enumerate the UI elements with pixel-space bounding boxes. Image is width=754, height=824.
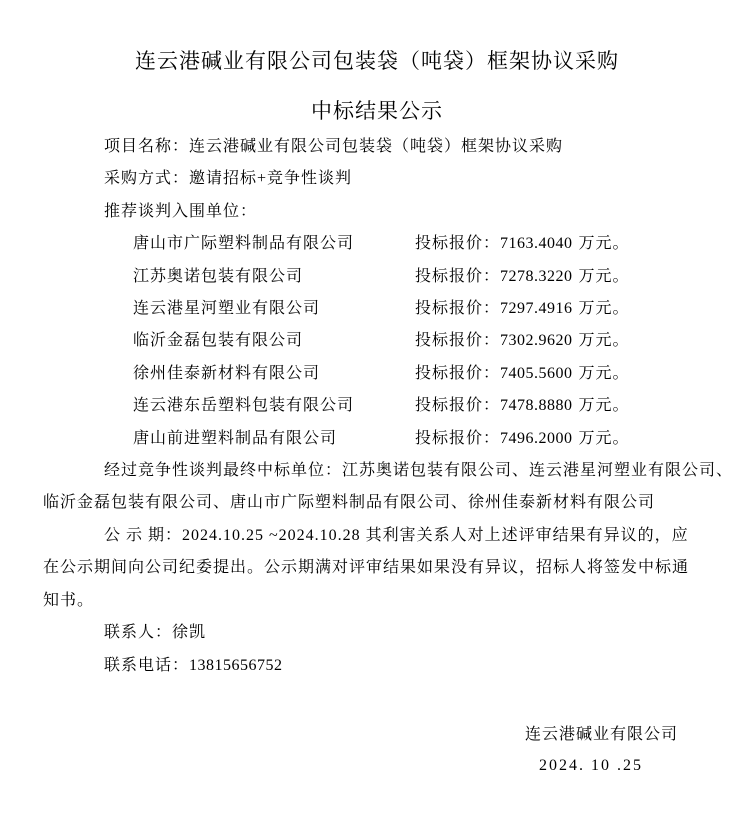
bid-price-label: 投标报价： [415,268,500,285]
bid-price-value: 7478.8880 [500,397,573,414]
bid-price-value: 7496.2000 [500,430,573,447]
bid-price-value: 7405.5600 [500,365,573,382]
bid-price-label: 投标报价： [415,235,500,252]
bidder-row: 徐州佳泰新材料有限公司 投标报价：7405.5600万元。 [43,358,692,390]
winners-paragraph: 经过竞争性谈判最终中标单位：江苏奥诺包装有限公司、连云港星河塑业有限公司、 临沂… [43,455,692,520]
bid-price-label: 投标报价： [415,332,500,349]
bidder-row: 临沂金磊包装有限公司 投标报价：7302.9620万元。 [43,325,692,357]
project-name-label: 项目名称： [104,138,189,155]
signature-date: 2024. 10 .25 [539,757,643,775]
title-line-2: 中标结果公示 [0,86,754,136]
bidder-company: 唐山市广际塑料制品有限公司 [133,235,354,252]
bid-price-value: 7278.3220 [500,268,573,285]
announcement-document: 连云港碱业有限公司包装袋（吨袋）框架协议采购 中标结果公示 项目名称：连云港碱业… [0,0,754,824]
bidder-company: 连云港星河塑业有限公司 [133,300,320,317]
winners-line: 经过竞争性谈判最终中标单位：江苏奥诺包装有限公司、连云港星河塑业有限公司、 [43,455,692,487]
bid-price: 投标报价：7163.4040万元。 [415,228,630,260]
shortlist-heading: 推荐谈判入围单位： [43,196,692,228]
bid-price-unit: 万元。 [579,268,630,285]
contact-phone-value: 13815656752 [189,657,283,674]
bid-price-value: 7163.4040 [500,235,573,252]
contact-name-label: 联系人： [104,624,172,641]
bid-price-label: 投标报价： [415,300,500,317]
bid-price: 投标报价：7405.5600万元。 [415,358,630,390]
bid-price-unit: 万元。 [579,332,630,349]
bid-price: 投标报价：7302.9620万元。 [415,325,630,357]
bidder-row: 连云港星河塑业有限公司 投标报价：7297.4916万元。 [43,293,692,325]
document-body: 项目名称：连云港碱业有限公司包装袋（吨袋）框架协议采购 采购方式：邀请招标+竞争… [43,131,692,682]
bid-price: 投标报价：7496.2000万元。 [415,423,630,455]
bid-price-label: 投标报价： [415,430,500,447]
notice-line: 知书。 [43,585,692,617]
bidder-row: 连云港东岳塑料包装有限公司 投标报价：7478.8880万元。 [43,390,692,422]
bidder-company: 唐山前进塑料制品有限公司 [133,430,337,447]
procurement-method-row: 采购方式：邀请招标+竞争性谈判 [43,163,692,195]
procurement-method-label: 采购方式： [104,170,189,187]
bidder-row: 江苏奥诺包装有限公司 投标报价：7278.3220万元。 [43,261,692,293]
bidder-company: 江苏奥诺包装有限公司 [133,268,303,285]
bid-price-value: 7297.4916 [500,300,573,317]
bidder-row: 唐山前进塑料制品有限公司 投标报价：7496.2000万元。 [43,423,692,455]
bid-price-label: 投标报价： [415,365,500,382]
bidder-row: 唐山市广际塑料制品有限公司 投标报价：7163.4040万元。 [43,228,692,260]
bidder-company: 徐州佳泰新材料有限公司 [133,365,320,382]
bidder-company: 临沂金磊包装有限公司 [133,332,303,349]
bid-price-unit: 万元。 [579,397,630,414]
notice-paragraph: 公 示 期：2024.10.25 ~2024.10.28 其利害关系人对上述评审… [43,520,692,617]
contact-name-row: 联系人：徐凯 [43,617,692,649]
notice-line: 公 示 期：2024.10.25 ~2024.10.28 其利害关系人对上述评审… [43,520,692,552]
bidder-company: 连云港东岳塑料包装有限公司 [133,397,354,414]
title-line-1: 连云港碱业有限公司包装袋（吨袋）框架协议采购 [0,36,754,86]
bid-price: 投标报价：7297.4916万元。 [415,293,630,325]
bid-price: 投标报价：7478.8880万元。 [415,390,630,422]
project-name-row: 项目名称：连云港碱业有限公司包装袋（吨袋）框架协议采购 [43,131,692,163]
signature-company: 连云港碱业有限公司 [525,721,678,744]
contact-phone-row: 联系电话：13815656752 [43,650,692,682]
contact-name-value: 徐凯 [172,624,206,641]
bid-price-unit: 万元。 [579,300,630,317]
document-title: 连云港碱业有限公司包装袋（吨袋）框架协议采购 中标结果公示 [0,36,754,136]
bidder-list: 唐山市广际塑料制品有限公司 投标报价：7163.4040万元。 江苏奥诺包装有限… [43,228,692,455]
notice-line: 在公示期间向公司纪委提出。公示期满对评审结果如果没有异议，招标人将签发中标通 [43,552,692,584]
bid-price-unit: 万元。 [579,430,630,447]
project-name-value: 连云港碱业有限公司包装袋（吨袋）框架协议采购 [189,138,563,155]
procurement-method-value: 邀请招标+竞争性谈判 [189,170,352,187]
bid-price-unit: 万元。 [579,235,630,252]
bid-price-value: 7302.9620 [500,332,573,349]
bid-price-label: 投标报价： [415,397,500,414]
winners-line: 临沂金磊包装有限公司、唐山市广际塑料制品有限公司、徐州佳泰新材料有限公司 [43,487,692,519]
contact-phone-label: 联系电话： [104,657,189,674]
bid-price-unit: 万元。 [579,365,630,382]
bid-price: 投标报价：7278.3220万元。 [415,261,630,293]
